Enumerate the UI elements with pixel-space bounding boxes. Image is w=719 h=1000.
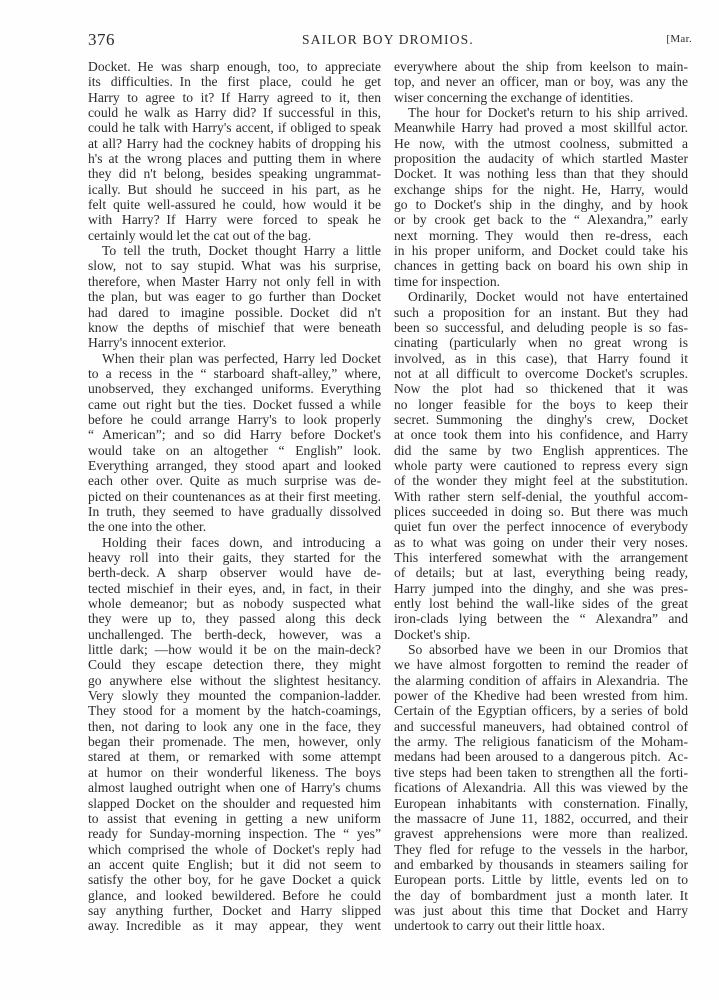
text-line: When their plan was perfected, Harry led… [88,351,381,366]
text-line: heavy roll into their gaits, they starte… [88,550,381,565]
text-line: undertook to carry out their little hoax… [394,918,688,933]
text-line: involved, as in this case), that Harry f… [394,351,688,366]
text-line: ically. But should he succeed in his par… [88,182,381,197]
paragraph: Holding their faces down, and introducin… [88,535,381,934]
text-line: had dared to imagine possible. Docket di… [88,305,381,320]
text-line: This interfered somewhat with the arrang… [394,550,688,565]
text-line: time for inspection. [394,274,688,289]
text-line: picted on their countenances as at their… [88,489,381,504]
text-line: wiser concerning the exchange of identit… [394,90,688,105]
text-line: began their promenade. The men, however,… [88,734,381,749]
text-line: or by crook get back to the “ Alexandra,… [394,212,688,227]
text-line: not at all difficult to overcome Docket'… [394,366,688,381]
paragraph: everywhere about the ship from keelson t… [394,59,688,105]
text-line: its difficulties. In the first place, co… [88,74,381,89]
text-line: unchallenged. The berth-deck, however, w… [88,627,381,642]
text-line: top, and never an officer, man or boy, w… [394,74,688,89]
page-header: 376 SAILOR BOY DROMIOS. [Mar. [88,30,688,52]
text-line: came out right but the ties. Docket fuss… [88,397,381,412]
text-line: and embarked by thousands in steamers sa… [394,857,688,872]
text-line: of the wonder they might feel at the sub… [394,473,688,488]
text-line: and successful maneuvers, had obtained c… [394,719,688,734]
text-line: such a proposition for an instant. But t… [394,305,688,320]
paragraph: Docket. He was sharp enough, too, to app… [88,59,381,243]
text-line: each other over. Quite as much surprise … [88,473,381,488]
text-line: Docket. It was nothing less than that th… [394,166,688,181]
text-line: Docket. He was sharp enough, too, to app… [88,59,381,74]
text-line: Harry to agree to it? If Harry agreed to… [88,90,381,105]
text-line: Could they escape detection there, they … [88,657,381,672]
text-line: at humor on their wonderful likeness. Th… [88,765,381,780]
paragraph: So absorbed have we been in our Dromios … [394,642,688,934]
text-line: h's at the wrong places and putting them… [88,151,381,166]
text-line: of details; but at last, everything bein… [394,565,688,580]
text-line: which comprised the whole of Docket's re… [88,842,381,857]
text-line: berth-deck. A sharp observer would have … [88,565,381,580]
text-line: could he talk with Harry's accent, if ob… [88,120,381,135]
text-line: European ports. Little by little, events… [394,872,688,887]
running-title: SAILOR BOY DROMIOS. [88,32,688,48]
text-line: quiet fun over the perfect innocence of … [394,519,688,534]
text-line: we have almost forgotten to remind the r… [394,657,688,672]
text-line: exchange ships for the night. He, Harry,… [394,182,688,197]
text-line: satisfy the other boy, for he gave Docke… [88,872,381,887]
text-line: Now the plot had so thickened that it wa… [394,381,688,396]
text-line: before he could arrange Harry's to look … [88,412,381,427]
text-line: tected mischief in their eyes, and, in f… [88,581,381,596]
text-line: slow, not to say stupid. What was his su… [88,258,381,273]
text-line: the plan, but was eager to go further th… [88,289,381,304]
text-line: stared at them, or remarked with some at… [88,749,381,764]
text-line: glance, and looked bewildered. Before he… [88,888,381,903]
text-line: whole demeanor; but as nobody suspected … [88,596,381,611]
text-line: Harry's innocent exterior. [88,335,381,350]
text-line: iron-clads lying between the “ Alexandra… [394,611,688,626]
text-line: proposition the audacity of which startl… [394,151,688,166]
text-line: Harry jumped into the dinghy, and she wa… [394,581,688,596]
paragraph: To tell the truth, Docket thought Harry … [88,243,381,350]
month-marker: [Mar. [666,33,692,45]
text-line: they did n't belong, besides speaking un… [88,166,381,181]
text-line: So absorbed have we been in our Dromios … [394,642,688,657]
text-line: could he walk as Harry did? If successfu… [88,105,381,120]
text-line: In truth, they seemed to have gradually … [88,504,381,519]
text-line: everywhere about the ship from keelson t… [394,59,688,74]
text-line: with Harry? If Harry were forced to spea… [88,212,381,227]
text-line: away. Incredible as it may appear, they … [88,918,381,933]
text-line: say anything further, Docket and Harry s… [88,903,381,918]
text-line: to assist that evening in getting a new … [88,811,381,826]
text-line: no longer feasible for the boys to keep … [394,397,688,412]
text-line: an accent quite English; but it did not … [88,857,381,872]
text-line: cinating (particularly when no great wro… [394,335,688,350]
text-line: almost laughed outright when one of Harr… [88,780,381,795]
text-line: at once took them into his confidence, a… [394,427,688,442]
text-line: go anywhere else without the slightest h… [88,673,381,688]
text-line: then, not daring to look any one in the … [88,719,381,734]
text-line: European inhabitants with consternation.… [394,796,688,811]
text-line: the alarming condition of affairs in Ale… [394,673,688,688]
text-line: unobserved, they exchanged uniforms. Eve… [88,381,381,396]
text-line: go to Docket's ship in the dinghy, and b… [394,197,688,212]
text-line: felt quite well-assured he could, how wo… [88,197,381,212]
paragraph: The hour for Docket's return to his ship… [394,105,688,289]
text-line: ently lost behind the wall-like sides of… [394,596,688,611]
text-line: plices succeeded in doing so. But there … [394,504,688,519]
text-line: would take on an altogether “ English” l… [88,443,381,458]
text-line: Ordinarily, Docket would not have entert… [394,289,688,304]
text-line: the day of bombardment just a month late… [394,888,688,903]
text-line: the massacre of June 11, 1882, occurred,… [394,811,688,826]
text-line: at all? Harry had the cockney habits of … [88,136,381,151]
text-line: as to what was going on under their very… [394,535,688,550]
text-line: With rather stern self-denial, the youth… [394,489,688,504]
text-line: fications of Alexandria. All this was vi… [394,780,688,795]
paragraph: When their plan was perfected, Harry led… [88,351,381,535]
right-text-column: everywhere about the ship from keelson t… [394,59,688,934]
book-page: 376 SAILOR BOY DROMIOS. [Mar. Docket. He… [0,0,719,1000]
text-line: Holding their faces down, and introducin… [88,535,381,550]
text-line: gravest apprehensions were more than rea… [394,826,688,841]
text-line: chances in getting back on board his own… [394,258,688,273]
text-line: medans had been aroused to a dangerous p… [394,749,688,764]
text-line: ready for Sunday-morning inspection. The… [88,826,381,841]
text-line: The hour for Docket's return to his ship… [394,105,688,120]
text-line: Everything arranged, they stood apart an… [88,458,381,473]
text-line: whole party were cautioned to repress ev… [394,458,688,473]
text-line: the one into the other. [88,519,381,534]
text-line: Certain of the Egyptian officers, by a s… [394,703,688,718]
text-line: they were up to, they passed along this … [88,611,381,626]
text-line: in his proper uniform, and Docket could … [394,243,688,258]
text-line: Docket's ship. [394,627,688,642]
text-line: certainly would let the cat out of the b… [88,228,381,243]
text-line: Meanwhile Harry had proved a most skillf… [394,120,688,135]
text-line: To tell the truth, Docket thought Harry … [88,243,381,258]
left-text-column: Docket. He was sharp enough, too, to app… [88,59,381,934]
text-line: He now, with the utmost coolness, submit… [394,136,688,151]
text-line: little dark; —how would it be on the mai… [88,642,381,657]
text-line: to a recess in the “ starboard shaft-all… [88,366,381,381]
text-line: been so successful, and deluding people … [394,320,688,335]
text-line: the army. The religious fanaticism of th… [394,734,688,749]
text-line: They fled for refuge to the vessels in t… [394,842,688,857]
text-line: They stood for a moment by the hatch-coa… [88,703,381,718]
text-line: “ American”; and so did Harry before Doc… [88,427,381,442]
text-line: power of the Khedive had been wrested fr… [394,688,688,703]
text-line: was just about this time that Docket and… [394,903,688,918]
text-line: therefore, when Master Harry not only fe… [88,274,381,289]
text-line: tive steps had been taken to strengthen … [394,765,688,780]
paragraph: Ordinarily, Docket would not have entert… [394,289,688,642]
text-line: secret. Summoning the dinghy's crew, Doc… [394,412,688,427]
text-line: Very slowly they mounted the companion-l… [88,688,381,703]
text-line: slapped Docket on the shoulder and reque… [88,796,381,811]
text-line: next morning. They would then re-dress, … [394,228,688,243]
text-line: did the same by two English apprentices.… [394,443,688,458]
text-line: know the depths of mischief that were be… [88,320,381,335]
